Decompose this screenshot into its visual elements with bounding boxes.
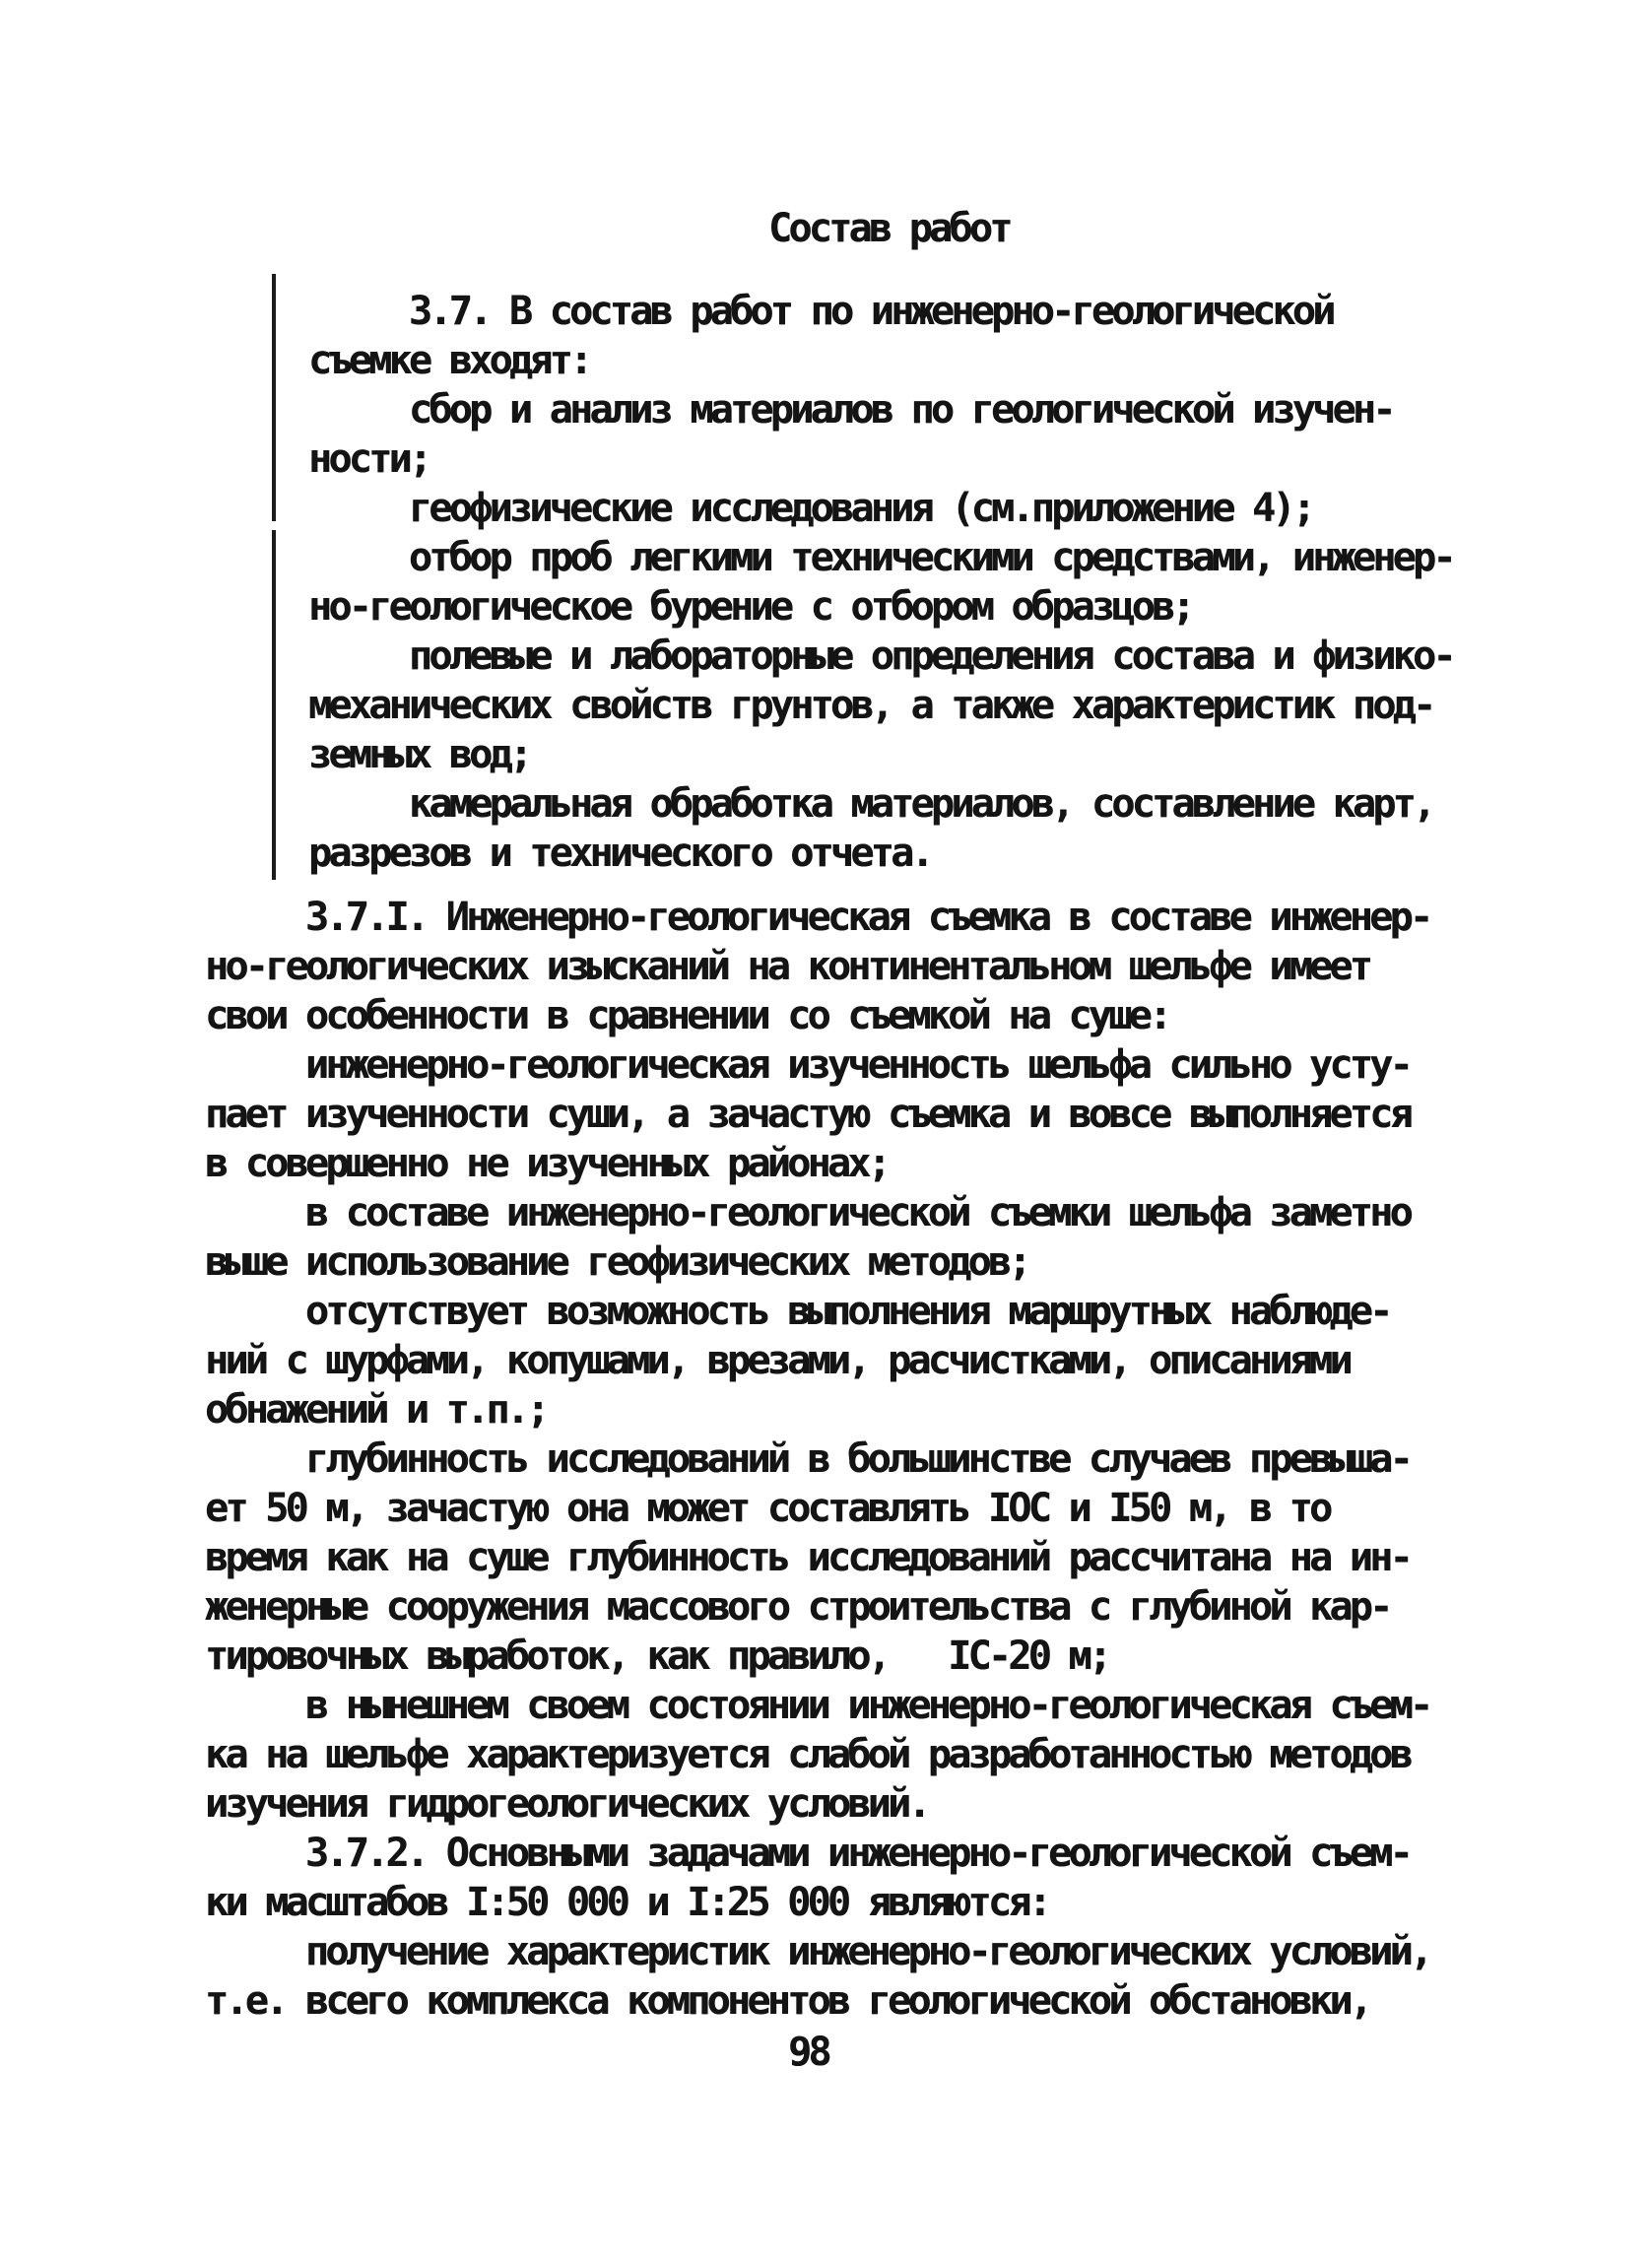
page-number: 98 (788, 2028, 828, 2077)
paragraphs-3-7-1-and-3-7-2: 3.7.I. Инженерно-геологическая съемка в … (205, 893, 1429, 2026)
margin-revision-bar-upper (272, 274, 276, 521)
works-composition-list-paragraph-3-7: 3.7. В состав работ по инженерно-геологи… (308, 287, 1453, 878)
margin-revision-bar-lower (272, 530, 276, 880)
scanned-document-page: Состав работ 3.7. В состав работ по инже… (0, 0, 1652, 2268)
section-title: Состав работ (768, 204, 1010, 253)
